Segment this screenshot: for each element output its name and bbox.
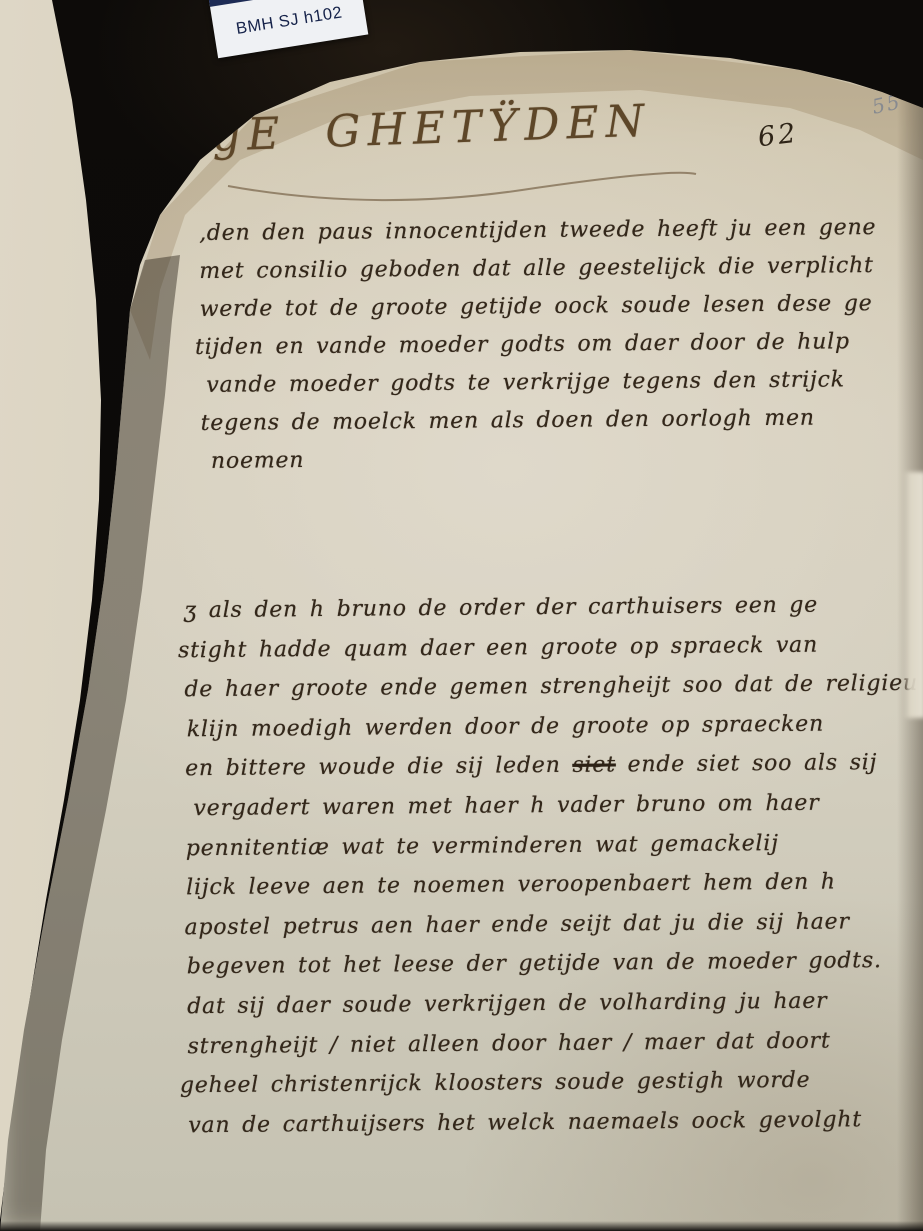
manuscript-line: strengheijt / niet alleen door haer / ma… <box>187 1020 921 1066</box>
manuscript-line: vergadert waren met haer h vader bruno o… <box>193 783 919 829</box>
bottom-page-edge-shadow <box>0 1221 923 1231</box>
manuscript-line-with-strikethrough: en bittere woude die sij leden siet ende… <box>185 743 919 789</box>
line-segment: ende siet soo als sij <box>616 751 878 778</box>
manuscript-line: pennitentiæ wat te verminderen wat gemac… <box>186 822 920 868</box>
page-title: gE GHETŸDEN <box>211 93 712 161</box>
manuscript-line: de haer groote ende gemen strengheijt so… <box>184 664 918 710</box>
manuscript-line: klijn moedigh werden door de groote op s… <box>187 704 919 750</box>
manuscript-line: geheel christenrijck kloosters soude ges… <box>180 1060 922 1106</box>
heading-flourish-swash <box>222 168 702 208</box>
manuscript-line: ‚den den paus innocentijden tweede heeft… <box>199 209 877 253</box>
struck-word: siet <box>572 753 616 778</box>
manuscript-line: vande moeder godts te verkrijge tegens d… <box>206 361 878 405</box>
manuscript-photo: gE GHETŸDEN 62 55 ‚den den paus innocent… <box>0 0 923 1231</box>
manuscript-page: gE GHETŸDEN 62 55 ‚den den paus innocent… <box>0 0 923 1231</box>
manuscript-line: werde tot de groote getijde oock soude l… <box>200 285 878 329</box>
manuscript-line: noemen <box>211 437 879 481</box>
page-number: 62 <box>756 118 800 154</box>
manuscript-line: apostel petrus aen haer ende seijt dat j… <box>184 902 920 948</box>
manuscript-line: lijck leeve aen te noemen veroopenbaert … <box>186 862 920 908</box>
folio-number-pencil: 55 <box>870 89 904 119</box>
manuscript-line: stight hadde quam daer een groote op spr… <box>178 624 918 670</box>
manuscript-line: met consilio geboden dat alle geestelijc… <box>199 247 877 291</box>
manuscript-line: dat sij daer soude verkrijgen de volhard… <box>187 981 921 1027</box>
bookmark-ribbon <box>903 472 923 718</box>
shelfmark-label: BMH SJ h102 <box>208 0 368 58</box>
manuscript-line: begeven tot het leese der getijde van de… <box>187 941 921 987</box>
shelfmark-label-text: BMH SJ h102 <box>235 3 344 39</box>
paragraph-2: ʒ als den h bruno de order der carthuise… <box>184 585 922 1146</box>
paragraph-1: ‚den den paus innocentijden tweede heeft… <box>199 209 879 481</box>
manuscript-line: van de carthuijsers het welck naemaels o… <box>188 1100 922 1146</box>
manuscript-line: ʒ als den h bruno de order der carthuise… <box>184 585 918 631</box>
line-segment: en bittere woude die sij leden <box>185 753 572 781</box>
manuscript-line: tegens de moelck men als doen den oorlog… <box>201 399 879 443</box>
manuscript-line: tijden en vande moeder godts om daer doo… <box>195 323 878 367</box>
